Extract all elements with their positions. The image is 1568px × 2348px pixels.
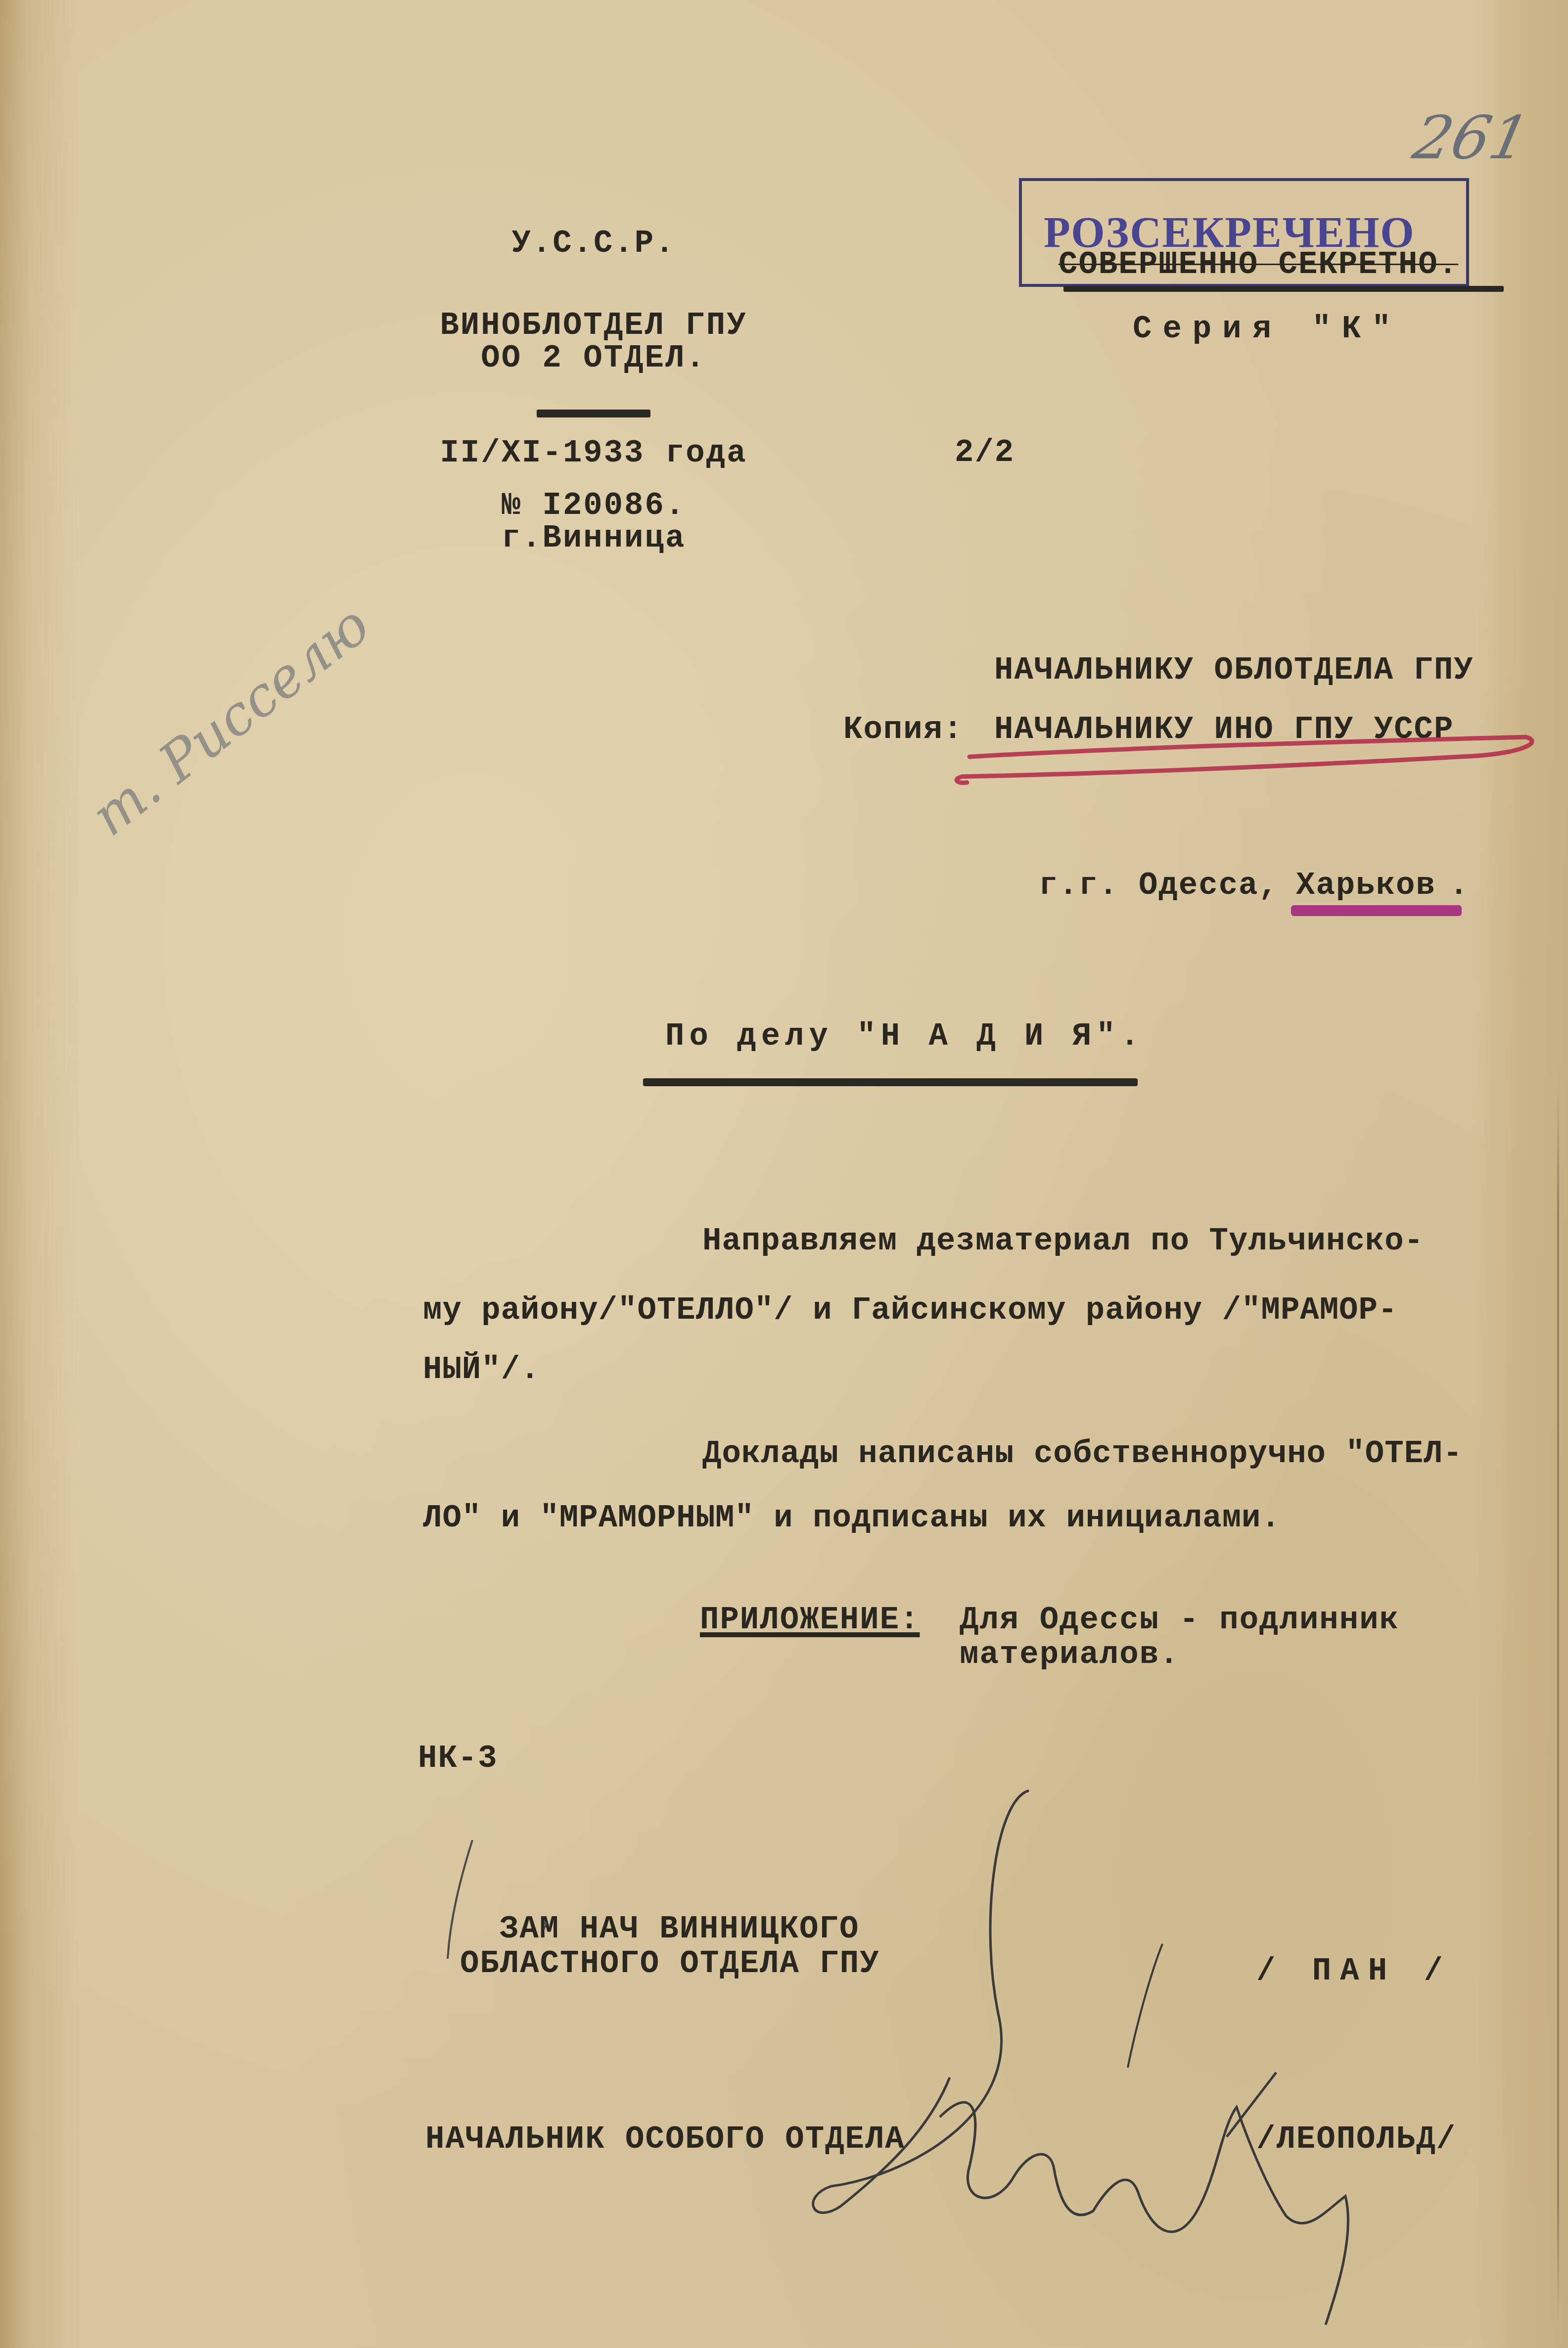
signatory2-title: НАЧАЛЬНИК ОСОБОГО ОТДЕЛА [425,2122,905,2158]
signatory1-title-line2: ОБЛАСТНОГО ОТДЕЛА ГПУ [460,1946,880,1982]
document-number: № I20086. [406,490,782,522]
subject-rule [643,1078,1138,1086]
addressee-copy: НАЧАЛЬНИКУ ИНО ГПУ УССР [994,712,1454,748]
purple-pencil-underline [1291,905,1462,916]
series-label: Серия "К" [1133,312,1402,347]
classification-underline [1063,286,1504,292]
body-p1-line3: НЫЙ"/. [423,1335,540,1405]
attachment-line2: материалов. [960,1637,1179,1673]
document-date: II/XI-1933 года [406,437,782,470]
handwritten-page-number: 261 [1407,104,1535,173]
subject-line: По делу "Н А Д И Я". [665,1019,1144,1055]
classification-label: СОВЕРШЕННО СЕКРЕТНО. [1059,247,1458,283]
signatory1-name: / ПАН / [1256,1954,1452,1989]
addressee-primary: НАЧАЛЬНИКУ ОБЛОТДЕЛА ГПУ [994,653,1474,689]
department-line2: ОО 2 ОТДЕЛ. [406,342,782,375]
document-city: г.Винница [406,522,782,555]
typist-initials-code: НК-3 [418,1741,498,1777]
body-p2-line1: Доклады написаны собственноручно "ОТЕЛ- [702,1420,1463,1489]
attachment-label: ПРИЛОЖЕНИЕ: [700,1603,920,1638]
addressee-copy-label: Копия: [843,712,963,748]
republic: У.С.С.Р. [406,228,782,260]
body-p1-line2: му району/"ОТЕЛЛО"/ и Гайсинскому району… [423,1276,1397,1345]
page-stack-edge [1557,1088,1559,2325]
body-p1-line1: Направляем дезматериал по Тульчинско- [702,1207,1424,1276]
body-p2-line2: ЛО" и "МРАМОРНЫМ" и подписаны их инициал… [423,1484,1281,1553]
department-line1: ВИНОБЛОТДЕЛ ГПУ [406,310,782,342]
signatory1-title-line1: ЗАМ НАЧ ВИННИЦКОГО [500,1912,859,1947]
paper-background [0,0,1568,2348]
letterhead-rule [537,410,650,417]
destination-cities-prefix: г.г. Одесса, [1039,868,1279,904]
copy-mark: 2/2 [955,435,1015,471]
signatory2-name: /ЛЕОПОЛЬД/ [1256,2122,1456,2158]
attachment-line1: Для Одессы - подлинник [960,1603,1399,1638]
letterhead: У.С.С.Р. ВИНОБЛОТДЕЛ ГПУ ОО 2 ОТДЕЛ. II/… [406,228,782,555]
destination-city-highlighted: Харьков [1296,868,1436,904]
destination-cities-suffix: . [1449,868,1469,904]
